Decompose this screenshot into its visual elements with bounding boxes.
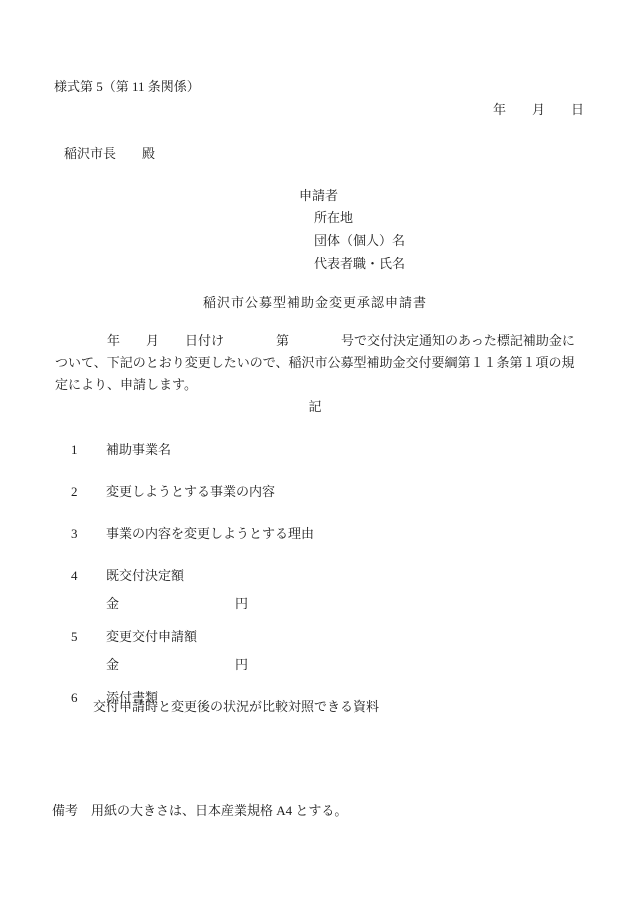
form-number-label: 様式第 5（第 11 条関係） (54, 79, 200, 95)
list-item-3: 3事業の内容を変更しようとする理由 (58, 510, 314, 558)
body-paragraph-line-1: 年 月 日付け 第 号で交付決定通知のあった標記補助金に (55, 333, 575, 349)
item-6-detail: 交付申請時と変更後の状況が比較対照できる資料 (93, 699, 379, 715)
item-1-number: 1 (71, 442, 106, 458)
item-4-amount-prefix: 金 (106, 596, 119, 611)
remarks-note: 備考 用紙の大きさは、日本産業規格 A4 とする。 (52, 803, 347, 819)
document-page: 様式第 5（第 11 条関係） 年 月 日 稲沢市長 殿 申請者 所在地 団体（… (0, 0, 630, 903)
item-5-amount-suffix: 円 (235, 657, 248, 672)
list-item-1: 1補助事業名 (58, 426, 171, 474)
applicant-label: 申請者 (299, 188, 338, 204)
applicant-field-address: 所在地 (314, 210, 353, 226)
item-3-number: 3 (71, 526, 106, 542)
item-3-label: 事業の内容を変更しようとする理由 (106, 526, 314, 541)
item-4-amount-suffix: 円 (235, 596, 248, 611)
body-paragraph-line-3: 定により、申請します。 (55, 377, 197, 393)
applicant-field-organization-name: 団体（個人）名 (314, 233, 405, 249)
ki-heading: 記 (0, 399, 630, 415)
body-paragraph-line-2: ついて、下記のとおり変更したいので、稲沢市公募型補助金交付要綱第１１条第１項の規 (55, 355, 574, 371)
list-item-2: 2変更しようとする事業の内容 (58, 468, 275, 516)
item-2-label: 変更しようとする事業の内容 (106, 484, 275, 499)
item-2-number: 2 (71, 484, 106, 500)
item-5-amount-prefix: 金 (106, 657, 119, 672)
item-1-label: 補助事業名 (106, 442, 171, 457)
applicant-field-representative-name: 代表者職・氏名 (314, 256, 405, 272)
date-line: 年 月 日 (493, 102, 584, 118)
addressee-line: 稲沢市長 殿 (64, 146, 155, 162)
document-title: 稲沢市公募型補助金変更承認申請書 (0, 295, 630, 311)
